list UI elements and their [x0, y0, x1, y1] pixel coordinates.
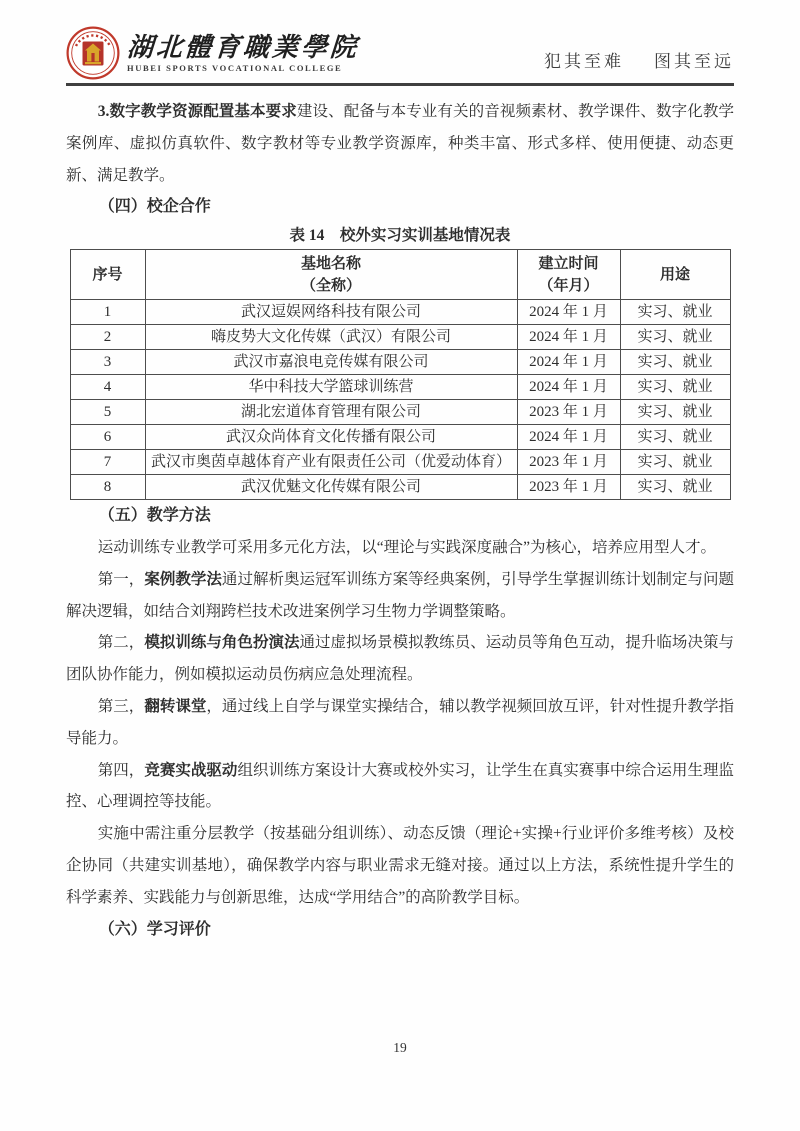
motto-phrase-1: 犯其至难 [544, 47, 624, 72]
table-row: 7武汉市奥茵卓越体育产业有限责任公司（优爱动体育）2023 年 1 月实习、就业 [70, 450, 730, 475]
table-row: 4华中科技大学篮球训练营2024 年 1 月实习、就业 [70, 375, 730, 400]
paragraph-digital-resources: 3.数字教学资源配置基本要求建设、配备与本专业有关的音视频素材、教学课件、数字化… [66, 96, 734, 191]
school-logo: 湖北體育職業學院 HUBEI SPORTS VOCATIONAL COLLEGE [66, 26, 359, 80]
table-row: 2嗨皮势大文化传媒（武汉）有限公司2024 年 1 月实习、就业 [70, 325, 730, 350]
table-caption: 表 14 校外实习实训基地情况表 [66, 223, 734, 249]
col-header-date: 建立时间（年月） [517, 250, 620, 300]
section-heading-learning-evaluation: （六）学习评价 [66, 914, 734, 946]
table-row: 3武汉市嘉浪电竞传媒有限公司2024 年 1 月实习、就业 [70, 350, 730, 375]
motto-phrase-2: 图其至远 [654, 47, 734, 72]
training-base-table: 序号 基地名称（全称） 建立时间（年月） 用途 1武汉逗娱网络科技有限公司202… [70, 249, 731, 500]
table-row: 5湖北宏道体育管理有限公司2023 年 1 月实习、就业 [70, 400, 730, 425]
page-number: 19 [0, 1040, 800, 1056]
school-name-zh: 湖北體育職業學院 [126, 33, 360, 63]
document-page: 湖北體育職業學院 HUBEI SPORTS VOCATIONAL COLLEGE… [0, 0, 800, 1131]
paragraph-method-3: 第三，翻转课堂，通过线上自学与课堂实操结合，辅以教学视频回放互评，针对性提升教学… [66, 691, 734, 755]
section-heading-company-cooperation: （四）校企合作 [66, 191, 734, 223]
table-row: 8武汉优魅文化传媒有限公司2023 年 1 月实习、就业 [70, 475, 730, 500]
paragraph-method-1: 第一，案例教学法通过解析奥运冠军训练方案等经典案例，引导学生掌握训练计划制定与问… [66, 564, 734, 628]
paragraph-overview: 运动训练专业教学可采用多元化方法，以“理论与实践深度融合”为核心，培养应用型人才… [66, 532, 734, 564]
col-header-no: 序号 [70, 250, 145, 300]
document-body: 3.数字教学资源配置基本要求建设、配备与本专业有关的音视频素材、教学课件、数字化… [0, 86, 800, 945]
table-header-row: 序号 基地名称（全称） 建立时间（年月） 用途 [70, 250, 730, 300]
paragraph-method-4: 第四，竞赛实战驱动组织训练方案设计大赛或校外实习，让学生在真实赛事中综合运用生理… [66, 755, 734, 819]
school-emblem-icon [66, 26, 120, 80]
page-header: 湖北體育職業學院 HUBEI SPORTS VOCATIONAL COLLEGE… [0, 0, 800, 86]
section-heading-teaching-methods: （五）教学方法 [66, 500, 734, 532]
school-motto: 犯其至难 图其至远 [544, 47, 734, 80]
paragraph-lead: 3.数字教学资源配置基本要求 [98, 103, 297, 120]
col-header-name: 基地名称（全称） [145, 250, 517, 300]
col-header-use: 用途 [620, 250, 730, 300]
paragraph-method-2: 第二，模拟训练与角色扮演法通过虚拟场景模拟教练员、运动员等角色互动，提升临场决策… [66, 627, 734, 691]
table-row: 6武汉众尚体育文化传播有限公司2024 年 1 月实习、就业 [70, 425, 730, 450]
school-wordmark: 湖北體育職業學院 HUBEI SPORTS VOCATIONAL COLLEGE [127, 33, 359, 74]
school-name-en: HUBEI SPORTS VOCATIONAL COLLEGE [127, 63, 359, 74]
table-row: 1武汉逗娱网络科技有限公司2024 年 1 月实习、就业 [70, 300, 730, 325]
paragraph-implementation: 实施中需注重分层教学（按基础分组训练）、动态反馈（理论+实操+行业评价多维考核）… [66, 818, 734, 913]
